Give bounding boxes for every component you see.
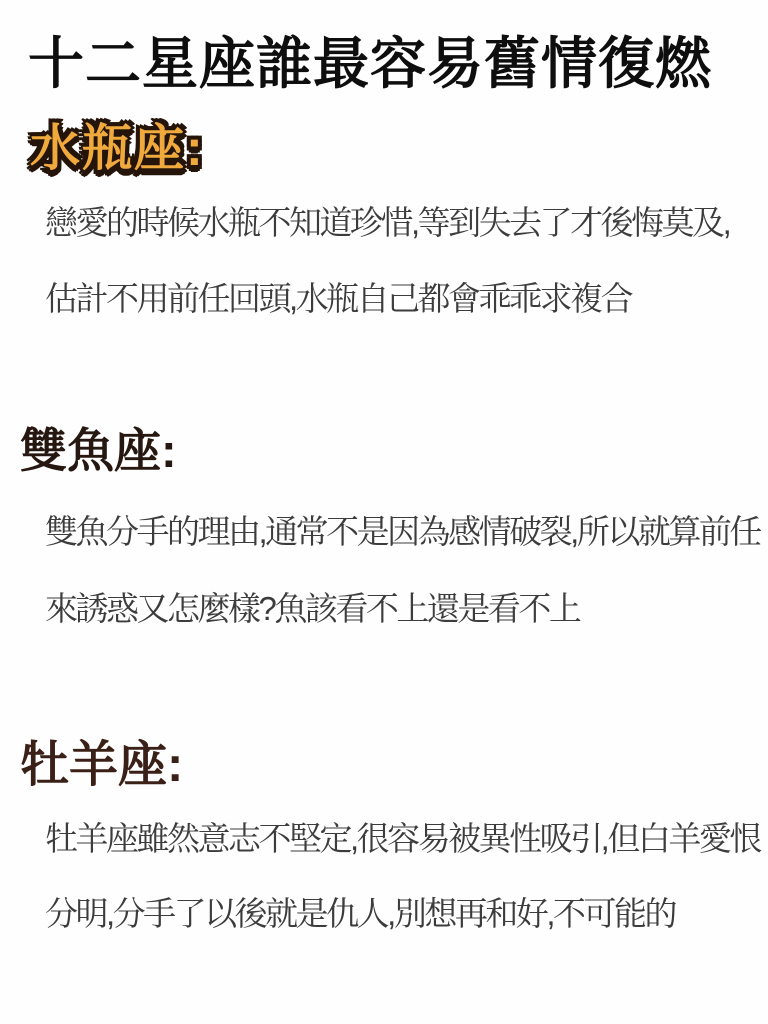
- aries-text-line-1: 牡羊座雖然意志不堅定,很容易被異性吸引,但白羊愛恨: [45, 813, 760, 860]
- section-heading-aquarius: 水瓶座:: [30, 108, 205, 180]
- pisces-text-line-1: 雙魚分手的理由,通常不是因為感情破裂,所以就算前任: [45, 506, 760, 553]
- article-page: 十二星座誰最容易舊情復燃 水瓶座: 戀愛的時候水瓶不知道珍惜,等到失去了才後悔莫…: [0, 0, 768, 1024]
- aquarius-text-line-1: 戀愛的時候水瓶不知道珍惜,等到失去了才後悔莫及,: [45, 197, 729, 244]
- aquarius-text-line-2: 估計不用前任回頭,水瓶自己都會乖乖求複合: [45, 273, 631, 320]
- section-heading-pisces: 雙魚座:: [20, 414, 177, 481]
- page-title: 十二星座誰最容易舊情復燃: [28, 20, 712, 100]
- aries-text-line-2: 分明,分手了以後就是仇人,別想再和好,不可能的: [45, 888, 675, 935]
- section-heading-aries: 牡羊座:: [20, 726, 183, 796]
- pisces-text-line-2: 來誘惑又怎麼樣?魚該看不上還是看不上: [45, 583, 579, 630]
